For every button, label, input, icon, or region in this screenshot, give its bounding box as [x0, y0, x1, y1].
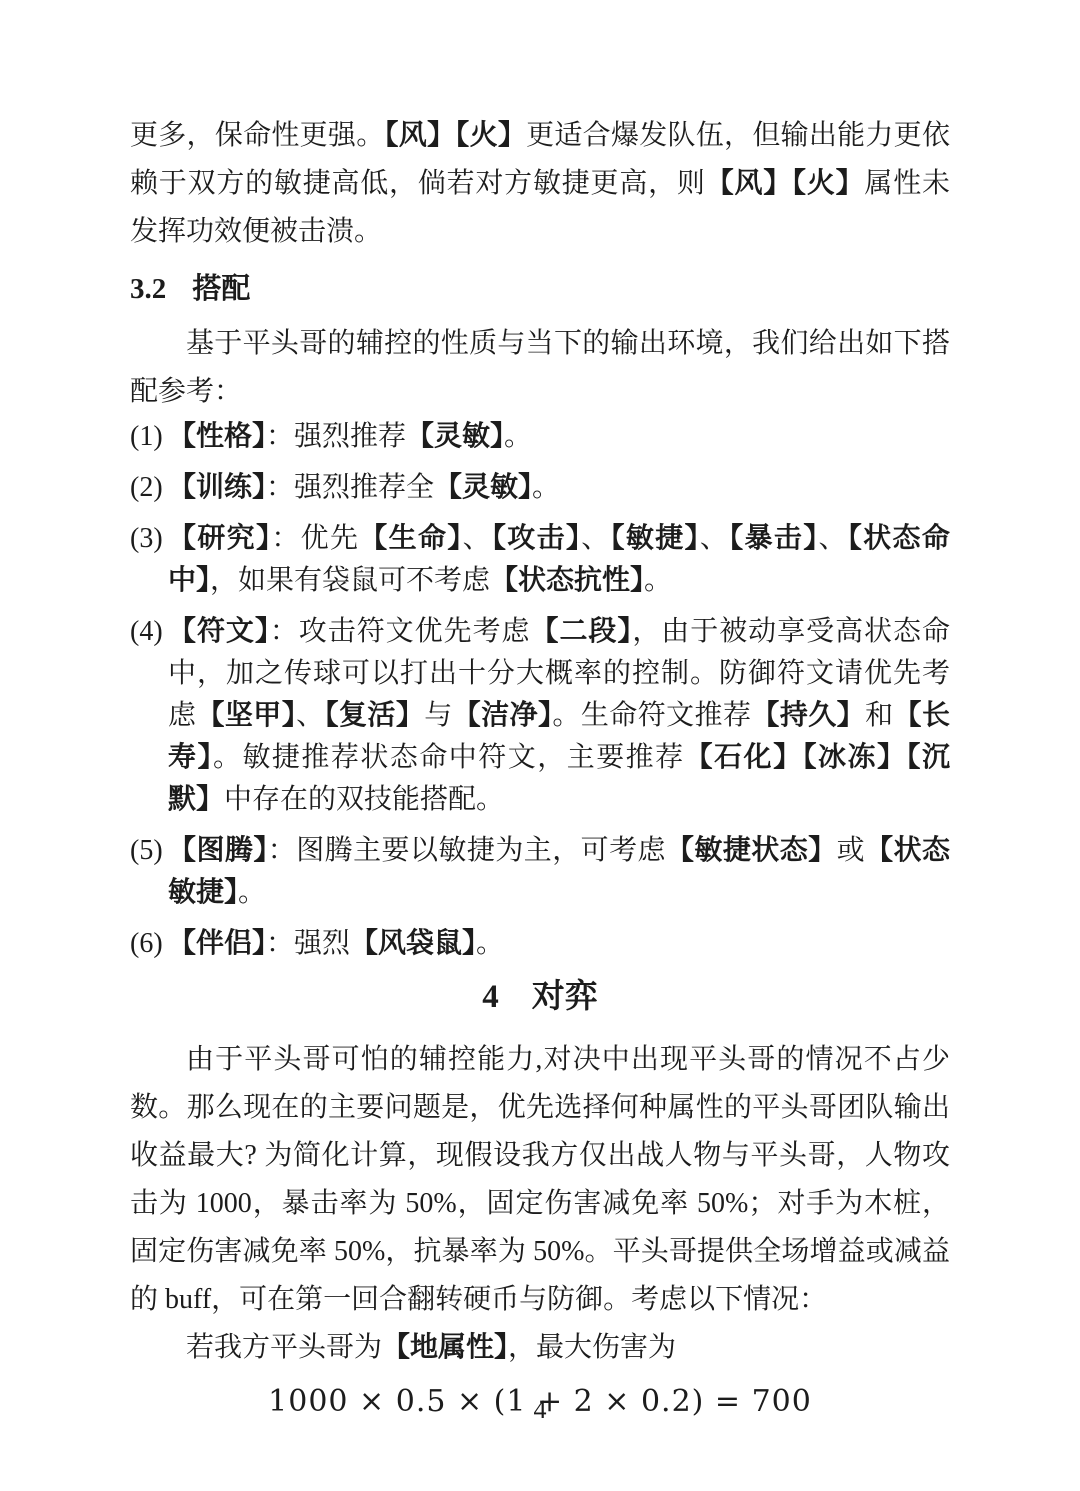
item-text: 【研究】：优先【生命】、【攻击】、【敏捷】、【暴击】、【状态命中】，如果有袋鼠可…: [168, 523, 950, 596]
list-item: (5) 【图腾】：图腾主要以敏捷为主，可考虑【敏捷状态】或【状态敏捷】。: [130, 830, 950, 914]
item-number: (2): [130, 467, 163, 509]
item-text: 【伴侣】：强烈【风袋鼠】。: [168, 928, 504, 959]
subsection-number: 3.2: [130, 272, 166, 306]
section-heading: 4对弈: [130, 977, 950, 1017]
item-number: (1): [130, 416, 163, 458]
item-text: 【符文】：攻击符文优先考虑【二段】，由于被动享受高状态命中，加之传球可以打出十分…: [168, 616, 950, 815]
subsection-heading: 3.2 搭配: [130, 272, 950, 306]
section-number: 4: [482, 979, 499, 1015]
case-paragraph: 若我方平头哥为【地属性】，最大伤害为: [130, 1324, 950, 1372]
document-page: 更多，保命性更强。【风】【火】更适合爆发队伍，但输出能力更依赖于双方的敏捷高低，…: [0, 0, 1080, 1491]
subsection-title: 搭配: [192, 272, 250, 306]
list-item: (1) 【性格】：强烈推荐【灵敏】。: [130, 416, 950, 458]
item-number: (4): [130, 611, 163, 653]
item-number: (3): [130, 518, 163, 560]
list-item: (2) 【训练】：强烈推荐全【灵敏】。: [130, 467, 950, 509]
section-title: 对弈: [532, 979, 598, 1015]
list-item: (3) 【研究】：优先【生命】、【攻击】、【敏捷】、【暴击】、【状态命中】，如果…: [130, 518, 950, 602]
list-item: (4) 【符文】：攻击符文优先考虑【二段】，由于被动享受高状态命中，加之传球可以…: [130, 611, 950, 821]
match-paragraph: 基于平头哥的辅控的性质与当下的输出环境，我们给出如下搭配参考：: [130, 320, 950, 416]
item-text: 【图腾】：图腾主要以敏捷为主，可考虑【敏捷状态】或【状态敏捷】。: [168, 835, 950, 908]
intro-paragraph: 更多，保命性更强。【风】【火】更适合爆发队伍，但输出能力更依赖于双方的敏捷高低，…: [130, 112, 950, 256]
item-number: (5): [130, 830, 163, 872]
item-number: (6): [130, 923, 163, 965]
item-text: 【性格】：强烈推荐【灵敏】。: [168, 421, 532, 452]
item-text: 【训练】：强烈推荐全【灵敏】。: [168, 472, 560, 503]
page-number: 4: [0, 1392, 1080, 1428]
recommendation-list: (1) 【性格】：强烈推荐【灵敏】。 (2) 【训练】：强烈推荐全【灵敏】。 (…: [130, 416, 950, 965]
duel-paragraph: 由于平头哥可怕的辅控能力,对决中出现平头哥的情况不占少数。那么现在的主要问题是，…: [130, 1036, 950, 1324]
list-item: (6) 【伴侣】：强烈【风袋鼠】。: [130, 923, 950, 965]
